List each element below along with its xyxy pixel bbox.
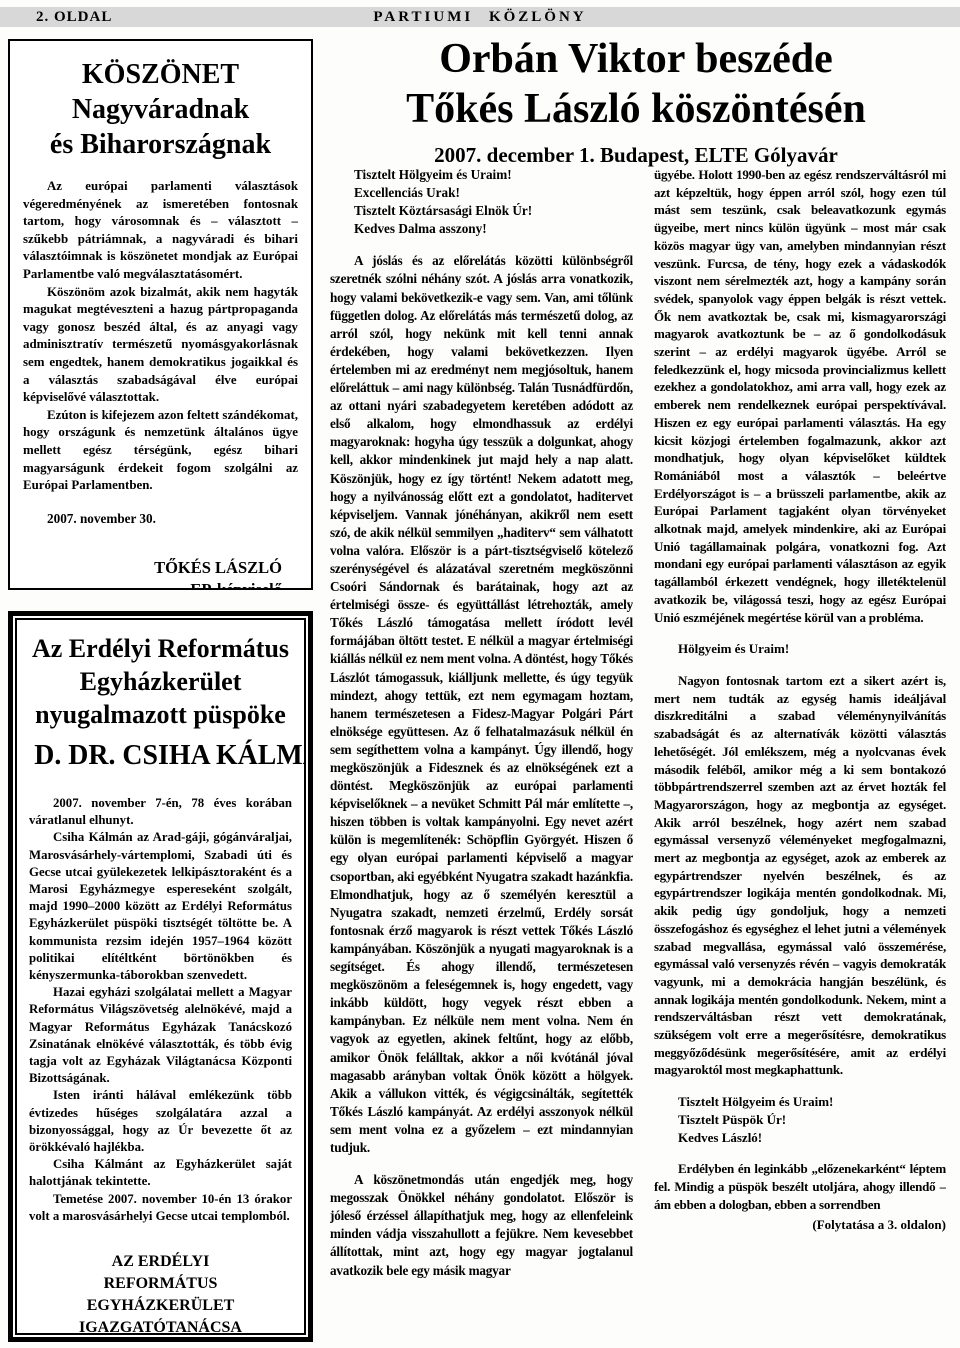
signature-line: REFORMÁTUS EGYHÁZKERÜLET — [29, 1273, 292, 1317]
obituary-body: 2007. november 7-én, 78 éves korában vár… — [29, 795, 292, 1225]
paragraph: Az európai parlamenti választások végere… — [23, 178, 298, 284]
obituary-title-line: nyugalmazott püspöke — [29, 698, 292, 731]
spacer — [330, 1157, 633, 1171]
obituary-title-line: Egyházkerület — [29, 665, 292, 698]
spacer — [654, 626, 946, 640]
paragraph-continuation: ügyébe. Holott 1990-ben az egész rendsze… — [654, 166, 946, 626]
signature-name: TŐKÉS LÁSZLÓ — [23, 557, 282, 579]
obituary-title: Az Erdélyi Református Egyházkerület nyug… — [29, 632, 292, 731]
koszonet-title-line: Nagyváradnak — [23, 92, 298, 127]
article-subtitle: 2007. december 1. Budapest, ELTE Gólyavá… — [322, 143, 950, 167]
koszonet-box: KÖSZÖNET Nagyváradnak és Biharországnak … — [8, 39, 313, 590]
paragraph: A jóslás és az előrelátás közötti különb… — [330, 252, 633, 1157]
obituary-box: Az Erdélyi Református Egyházkerület nyug… — [8, 611, 313, 1342]
article-title-line: Tőkés László köszöntésén — [322, 84, 950, 134]
paragraph: Hazai egyházi szolgálatai mellett a Magy… — [29, 984, 292, 1087]
paragraph: Temetése 2007. november 10-én 13 órakor … — [29, 1191, 292, 1225]
koszonet-title-line: és Biharországnak — [23, 127, 298, 162]
spacer — [654, 658, 946, 672]
paragraph: Ezúton is kifejezem azon feltett szándék… — [23, 407, 298, 495]
continuation-note: (Folytatása a 3. oldalon) — [654, 1216, 946, 1234]
spacer — [654, 1146, 946, 1160]
paragraph: Csiha Kálmán az Arad-gáji, gógánváraljai… — [29, 829, 292, 984]
article-column-2: ügyébe. Holott 1990-ben az egész rendsze… — [654, 166, 946, 1346]
salutation-line: Excellenciás Urak! — [330, 184, 633, 202]
spacer — [654, 1079, 946, 1093]
paragraph: 2007. november 7-én, 78 éves korában vár… — [29, 795, 292, 829]
spacer — [330, 238, 633, 252]
letter-signature: TŐKÉS LÁSZLÓ EP-képviselő — [23, 557, 298, 590]
salutation-line: Hölgyeim és Uraim! — [654, 640, 946, 658]
salutation-line: Tisztelt Köztársasági Elnök Úr! — [330, 202, 633, 220]
letter-date: 2007. november 30. — [23, 511, 298, 527]
article-title-line: Orbán Viktor beszéde — [322, 34, 950, 84]
koszonet-title: KÖSZÖNET Nagyváradnak és Biharországnak — [23, 57, 298, 162]
signature-line: IGAZGATÓTANÁCSA — [29, 1317, 292, 1335]
article-header: Orbán Viktor beszéde Tőkés László köszön… — [322, 34, 950, 167]
paragraph: Csiha Kálmánt az Egyházkerület saját hal… — [29, 1156, 292, 1190]
signature-line: AZ ERDÉLYI — [29, 1251, 292, 1273]
paragraph: Isten iránti hálával emlékezünk több évt… — [29, 1087, 292, 1156]
left-column: KÖSZÖNET Nagyváradnak és Biharországnak … — [8, 39, 313, 1342]
paragraph: Nagyon fontosnak tartom ezt a sikert azé… — [654, 672, 946, 1079]
salutation-line: Kedves László! — [654, 1129, 946, 1147]
salutation-line: Tisztelt Püspök Úr! — [654, 1111, 946, 1129]
koszonet-title-line: KÖSZÖNET — [23, 57, 298, 92]
article-column-1: Tisztelt Hölgyeim és Uraim! Excellenciás… — [330, 166, 633, 1346]
paragraph: A köszönetmondás után engedjék meg, hogy… — [330, 1171, 633, 1280]
paragraph: Köszönöm azok bizalmát, akik nem hagyták… — [23, 284, 298, 407]
paragraph: Erdélyben én leginkább „előzenekarként“ … — [654, 1160, 946, 1213]
signature-role: EP-képviselő — [23, 579, 282, 590]
salutation-line: Tisztelt Hölgyeim és Uraim! — [330, 166, 633, 184]
koszonet-body: Az európai parlamenti választások végere… — [23, 178, 298, 495]
article-title: Orbán Viktor beszéde Tőkés László köszön… — [322, 34, 950, 134]
obituary-title-line: Az Erdélyi Református — [29, 632, 292, 665]
salutation-line: Tisztelt Hölgyeim és Uraim! — [654, 1093, 946, 1111]
obituary-name: D. DR. CSIHA KÁLMÁN — [34, 737, 286, 773]
obituary-signature: AZ ERDÉLYI REFORMÁTUS EGYHÁZKERÜLET IGAZ… — [29, 1251, 292, 1335]
salutation-line: Kedves Dalma asszony! — [330, 220, 633, 238]
newspaper-title: PARTIUMI KÖZLÖNY — [0, 8, 960, 27]
obituary-box-inner: Az Erdélyi Református Egyházkerület nyug… — [15, 618, 306, 1335]
